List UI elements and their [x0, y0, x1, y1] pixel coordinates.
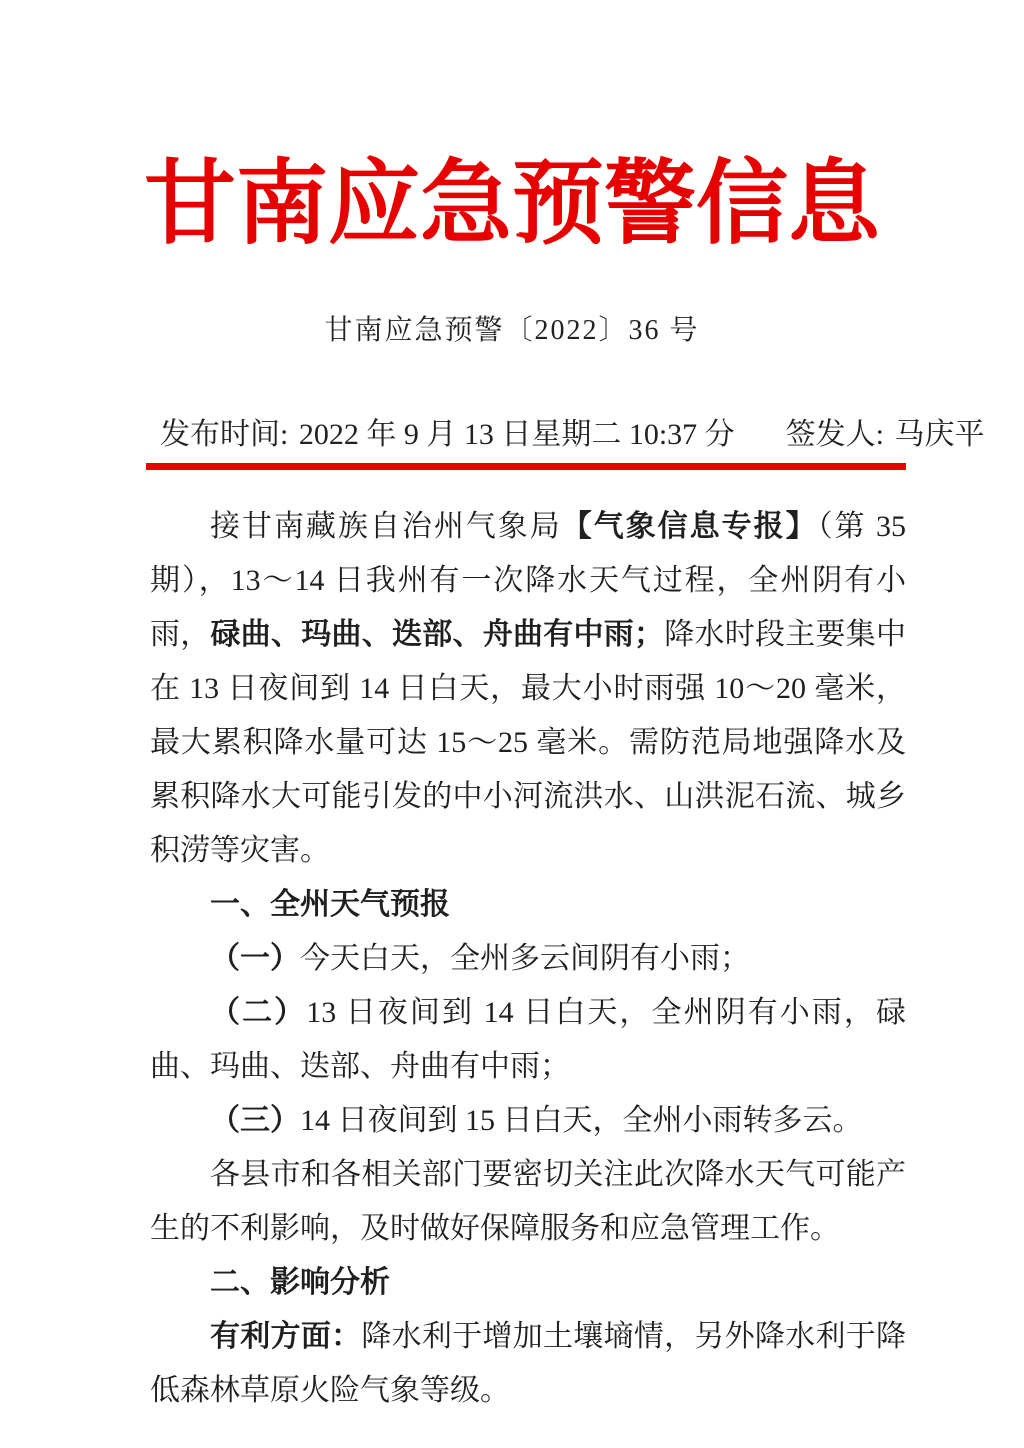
bold-text-segment: （一） — [210, 942, 300, 975]
document-title: 甘南应急预警信息 — [60, 145, 964, 263]
bold-text-segment: 二、影响分析 — [210, 1266, 390, 1299]
section-heading: 二、影响分析 — [150, 1256, 906, 1310]
text-segment: 降水时段主要集中在 13 日夜间到 14 日白天，最大小时雨强 10～20 毫米… — [150, 618, 906, 867]
section-heading: 一、全州天气预报 — [150, 878, 906, 932]
body-paragraph: 各县市和各相关部门要密切关注此次降水天气可能产生的不利影响，及时做好保障服务和应… — [150, 1148, 906, 1256]
body-paragraph: （二）13 日夜间到 14 日白天，全州阴有小雨，碌曲、玛曲、迭部、舟曲有中雨； — [150, 986, 906, 1094]
bold-text-segment: （三） — [210, 1104, 300, 1137]
signer-value: 马庆平 — [895, 418, 985, 451]
publish-time-value: 2022 年 9 月 13 日星期二 10:37 分 — [299, 418, 735, 451]
bold-text-segment: 【气象信息专报】 — [562, 510, 818, 543]
document-number: 甘南应急预警〔2022〕36 号 — [0, 313, 1024, 349]
body-paragraph: 有利方面：降水利于增加土壤墒情，另外降水利于降低森林草原火险气象等级。 — [150, 1310, 906, 1418]
text-segment: 接甘南藏族自治州气象局 — [210, 510, 562, 543]
publish-time-label: 发布时间: — [160, 418, 288, 451]
bold-text-segment: 一、全州天气预报 — [210, 888, 450, 921]
text-segment: 14 日夜间到 15 日白天，全州小雨转多云。 — [300, 1104, 863, 1137]
body-paragraph: （一）今天白天，全州多云间阴有小雨； — [150, 932, 906, 986]
bold-text-segment: 有利方面： — [210, 1320, 361, 1353]
signer-label: 签发人: — [786, 418, 884, 451]
document-body: 接甘南藏族自治州气象局【气象信息专报】（第 35 期），13～14 日我州有一次… — [150, 500, 906, 1418]
body-paragraph: 接甘南藏族自治州气象局【气象信息专报】（第 35 期），13～14 日我州有一次… — [150, 500, 906, 878]
text-segment: 各县市和各相关部门要密切关注此次降水天气可能产生的不利影响，及时做好保障服务和应… — [150, 1158, 906, 1245]
body-paragraph: （三）14 日夜间到 15 日白天，全州小雨转多云。 — [150, 1094, 906, 1148]
bold-text-segment: 碌曲、玛曲、迭部、舟曲有中雨； — [211, 618, 665, 651]
bold-text-segment: （二） — [210, 996, 306, 1029]
publish-info-row: 发布时间:2022 年 9 月 13 日星期二 10:37 分签发人:马庆平 — [146, 415, 906, 470]
text-segment: 今天白天，全州多云间阴有小雨； — [300, 942, 750, 975]
document-page: 甘南应急预警信息 甘南应急预警〔2022〕36 号 发布时间:2022 年 9 … — [0, 0, 1024, 1448]
